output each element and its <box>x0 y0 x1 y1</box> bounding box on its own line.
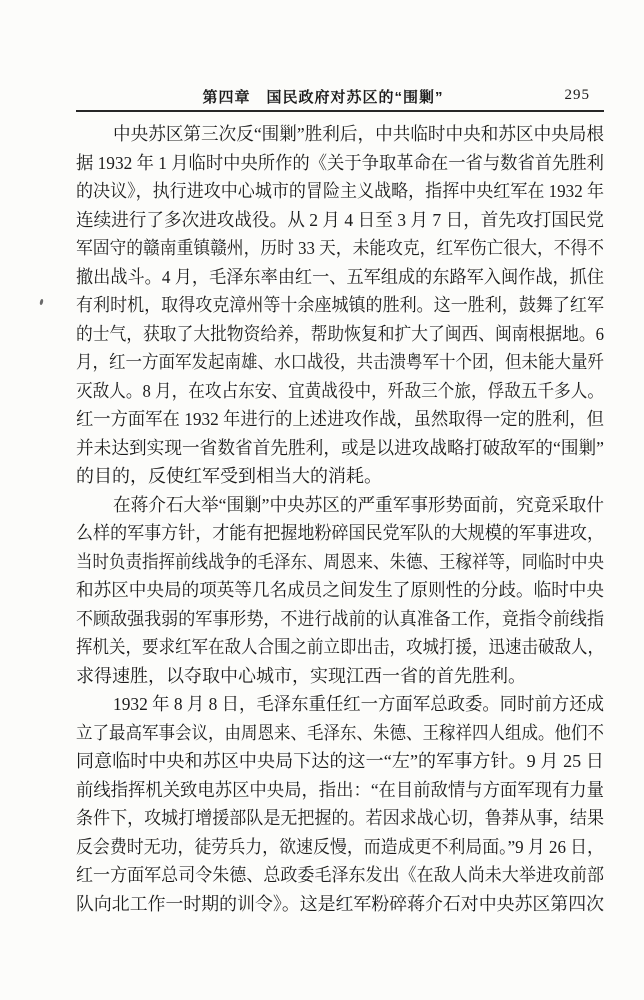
text-line: 在蒋介石大举“围剿”中央苏区的严重军事形势面前，究竟采取什 <box>76 491 604 520</box>
text-line-content: 队向北工作一时期的训令》。这是红军粉碎蒋介石对中央苏区第四次 <box>76 890 604 919</box>
page-number: 295 <box>565 87 591 104</box>
text-line-content: 么样的军事方针，才能有把握地粉碎国民党军队的大规模的军事进攻， <box>76 519 604 548</box>
text-line-content: 有利时机，取得攻克漳州等十余座城镇的胜利。这一胜利，鼓舞了红军 <box>76 291 604 320</box>
text-line-content: 军固守的赣南重镇赣州，历时 33 天，未能攻克，红军伤亡很大，不得不 <box>76 234 604 263</box>
text-line: 中央苏区第三次反“围剿”胜利后，中共临时中央和苏区中央局根 <box>76 120 604 149</box>
text-line: 的目的，反使红军受到相当大的消耗。 <box>76 462 604 491</box>
text-line-content: 红一方面军在 1932 年进行的上述进攻作战，虽然取得一定的胜利，但 <box>76 405 604 434</box>
text-line-content: 据 1932 年 1 月临时中央所作的《关于争取革命在一省与数省首先胜利 <box>76 149 604 178</box>
text-line: 求得速胜，以夺取中心城市，实现江西一省的首先胜利。 <box>76 662 604 691</box>
text-line: 红一方面军在 1932 年进行的上述进攻作战，虽然取得一定的胜利，但 <box>76 405 604 434</box>
text-line-content: 月，红一方面军发起南雄、水口战役，共击溃粤军十个团，但未能大量歼 <box>76 348 604 377</box>
text-line-content: 立了最高军事会议，由周恩来、毛泽东、朱德、王稼祥四人组成。他们不 <box>76 719 604 748</box>
text-line-content: 连续进行了多次进攻战役。从 2 月 4 日至 3 月 7 日，首先攻打国民党 <box>76 206 604 235</box>
text-line: 立了最高军事会议，由周恩来、毛泽东、朱德、王稼祥四人组成。他们不 <box>76 719 604 748</box>
text-line: 么样的军事方针，才能有把握地粉碎国民党军队的大规模的军事进攻， <box>76 519 604 548</box>
text-line: 的决议》，执行进攻中心城市的冒险主义战略，指挥中央红军在 1932 年 <box>76 177 604 206</box>
text-block: 第四章 国民政府对苏区的“围剿” 295 中央苏区第三次反“围剿”胜利后，中共临… <box>76 84 604 918</box>
chapter-title: 第四章 国民政府对苏区的“围剿” <box>59 86 587 107</box>
text-line: 不顾敌强我弱的军事形势，不进行战前的认真准备工作，竟指令前线指 <box>76 605 604 634</box>
text-line-content: 灭敌人。8 月，在攻占东安、宜黄战役中，歼敌三个旅，俘敌五千多人。 <box>76 377 604 406</box>
text-line-content: 的决议》，执行进攻中心城市的冒险主义战略，指挥中央红军在 1932 年 <box>76 177 604 206</box>
running-head: 第四章 国民政府对苏区的“围剿” 295 <box>76 84 604 110</box>
text-line: 和苏区中央局的项英等几名成员之间发生了原则性的分歧。临时中央 <box>76 576 604 605</box>
text-line: 条件下，攻城打增援部队是无把握的。若因求战心切，鲁莽从事，结果 <box>76 804 604 833</box>
text-line: 前线指挥机关致电苏区中央局，指出：“在目前敌情与方面军现有力量 <box>76 776 604 805</box>
text-line-content: 不顾敌强我弱的军事形势，不进行战前的认真准备工作，竟指令前线指 <box>76 605 604 634</box>
text-line: 当时负责指挥前线战争的毛泽东、周恩来、朱德、王稼祥等，同临时中央 <box>76 548 604 577</box>
text-line-content: 反会费时无功，徒劳兵力，欲速反慢，而造成更不利局面。”9 月 26 日， <box>76 833 604 862</box>
text-line: 1932 年 8 月 8 日，毛泽东重任红一方面军总政委。同时前方还成 <box>76 690 604 719</box>
text-line: 的士气，获取了大批物资给养，帮助恢复和扩大了闽西、闽南根据地。6 <box>76 320 604 349</box>
text-line-content: 当时负责指挥前线战争的毛泽东、周恩来、朱德、王稼祥等，同临时中央 <box>76 548 604 577</box>
text-line: 有利时机，取得攻克漳州等十余座城镇的胜利。这一胜利，鼓舞了红军 <box>76 291 604 320</box>
text-line-content: 并未达到实现一省数省首先胜利，或是以进攻战略打破敌军的“围剿” <box>76 434 604 463</box>
text-line: 队向北工作一时期的训令》。这是红军粉碎蒋介石对中央苏区第四次 <box>76 890 604 919</box>
text-line: 撤出战斗。4 月，毛泽东率由红一、五军组成的东路军入闽作战，抓住 <box>76 263 604 292</box>
text-line-content: 前线指挥机关致电苏区中央局，指出：“在目前敌情与方面军现有力量 <box>76 776 604 805</box>
text-line-content: 在蒋介石大举“围剿”中央苏区的严重军事形势面前，究竟采取什 <box>113 491 604 520</box>
text-line-content: 撤出战斗。4 月，毛泽东率由红一、五军组成的东路军入闽作战，抓住 <box>76 263 604 292</box>
text-line-content: 和苏区中央局的项英等几名成员之间发生了原则性的分歧。临时中央 <box>76 576 604 605</box>
text-line: 同意临时中央和苏区中央局下达的这一“左”的军事方针。9 月 25 日 <box>76 747 604 776</box>
text-line-content: 的目的，反使红军受到相当大的消耗。 <box>76 462 382 491</box>
text-line-content: 同意临时中央和苏区中央局下达的这一“左”的军事方针。9 月 25 日 <box>76 747 604 776</box>
text-line: 挥机关，要求红军在敌人合围之前立即出击，攻城打援，迅速击破敌人， <box>76 633 604 662</box>
text-line: 红一方面军总司令朱德、总政委毛泽东发出《在敌人尚未大举进攻前部 <box>76 861 604 890</box>
text-line-content: 条件下，攻城打增援部队是无把握的。若因求战心切，鲁莽从事，结果 <box>76 804 604 833</box>
text-line-content: 挥机关，要求红军在敌人合围之前立即出击，攻城打援，迅速击破敌人， <box>76 633 604 662</box>
body-text: 中央苏区第三次反“围剿”胜利后，中共临时中央和苏区中央局根据 1932 年 1 … <box>76 120 604 918</box>
scan-speck <box>39 299 43 306</box>
text-line-content: 的士气，获取了大批物资给养，帮助恢复和扩大了闽西、闽南根据地。6 <box>76 320 604 349</box>
text-line: 灭敌人。8 月，在攻占东安、宜黄战役中，歼敌三个旅，俘敌五千多人。 <box>76 377 604 406</box>
text-line-content: 求得速胜，以夺取中心城市，实现江西一省的首先胜利。 <box>76 662 526 691</box>
text-line-content: 中央苏区第三次反“围剿”胜利后，中共临时中央和苏区中央局根 <box>113 120 604 149</box>
text-line: 并未达到实现一省数省首先胜利，或是以进攻战略打破敌军的“围剿” <box>76 434 604 463</box>
text-line: 连续进行了多次进攻战役。从 2 月 4 日至 3 月 7 日，首先攻打国民党 <box>76 206 604 235</box>
header-rule <box>76 110 604 112</box>
text-line-content: 1932 年 8 月 8 日，毛泽东重任红一方面军总政委。同时前方还成 <box>113 690 604 719</box>
text-line: 月，红一方面军发起南雄、水口战役，共击溃粤军十个团，但未能大量歼 <box>76 348 604 377</box>
book-page: 第四章 国民政府对苏区的“围剿” 295 中央苏区第三次反“围剿”胜利后，中共临… <box>0 0 644 1000</box>
text-line: 反会费时无功，徒劳兵力，欲速反慢，而造成更不利局面。”9 月 26 日， <box>76 833 604 862</box>
text-line: 军固守的赣南重镇赣州，历时 33 天，未能攻克，红军伤亡很大，不得不 <box>76 234 604 263</box>
text-line: 据 1932 年 1 月临时中央所作的《关于争取革命在一省与数省首先胜利 <box>76 149 604 178</box>
text-line-content: 红一方面军总司令朱德、总政委毛泽东发出《在敌人尚未大举进攻前部 <box>76 861 604 890</box>
